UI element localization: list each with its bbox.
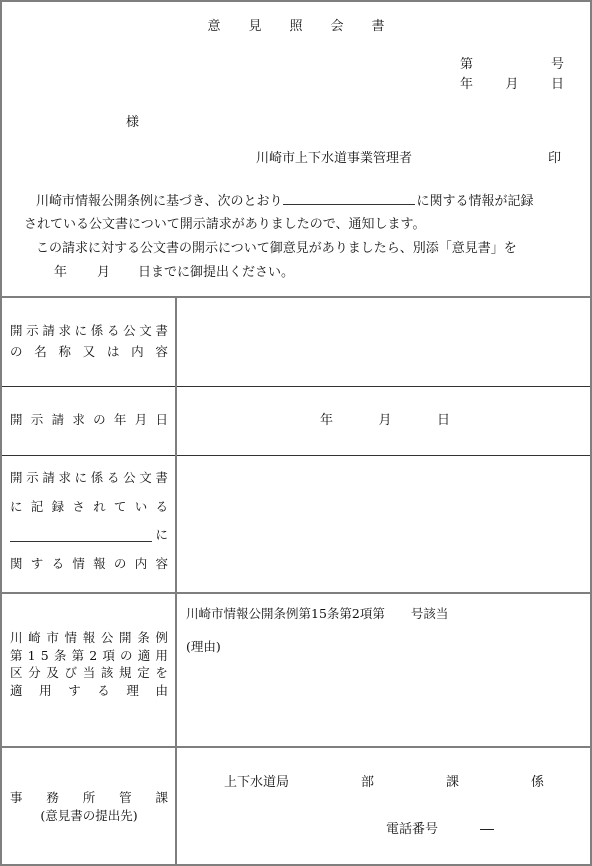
label-char: 日 xyxy=(155,414,168,427)
label-char: 開 xyxy=(10,325,23,338)
phone-dash xyxy=(480,829,494,830)
label-char: 項 xyxy=(102,650,115,663)
label-char: 係 xyxy=(91,325,104,338)
label-char: 求 xyxy=(72,414,85,427)
paragraph2-line1: この請求に対する公文書の開示について御意見がありましたら、別添「意見書」を xyxy=(36,242,517,255)
text: 川崎市情報公開条例に基づき、次のとおり xyxy=(36,194,282,209)
label-char: の xyxy=(114,558,127,571)
label-char: 規 xyxy=(119,667,132,680)
exemption-article[interactable]: 川崎市情報公開条例第15条第2項第号該当 xyxy=(186,608,448,621)
paragraph1-line2: されている公文書について開示請求がありましたので、通知します。 xyxy=(24,218,425,231)
label-char: に xyxy=(10,501,23,514)
date-day: 日 xyxy=(551,78,564,91)
label-char: 該 xyxy=(101,667,114,680)
label-char: 理 xyxy=(126,685,139,698)
number-prefix: 第 xyxy=(460,58,473,71)
value-exemption-reason[interactable] xyxy=(177,662,590,746)
label-char: る xyxy=(97,685,110,698)
label-char: に xyxy=(155,529,168,542)
label-char: 請 xyxy=(42,325,55,338)
label-char: 定 xyxy=(137,667,150,680)
deadline-month: 月 xyxy=(97,265,110,280)
label-char: 開 xyxy=(10,414,23,427)
office-phone[interactable]: 電話番号 xyxy=(386,823,494,836)
label-responsible-office: 事務所管課 (意見書の提出先) xyxy=(10,792,168,822)
label-char: る xyxy=(107,472,120,485)
department: 部 xyxy=(361,776,374,789)
label-char: 録 xyxy=(52,501,65,514)
request-day: 日 xyxy=(437,414,450,427)
label-char: て xyxy=(114,501,127,514)
label-char: 示 xyxy=(31,414,44,427)
request-year: 年 xyxy=(320,414,333,427)
title-char: 見 xyxy=(248,20,261,33)
label-char: 書 xyxy=(155,325,168,338)
label-char: 関 xyxy=(10,558,23,571)
label-char: 適 xyxy=(138,650,151,663)
label-char: 課 xyxy=(155,792,168,805)
label-char: 及 xyxy=(46,667,59,680)
office-organization[interactable]: 上下水道局 部 課 係 xyxy=(224,776,544,789)
phone-label: 電話番号 xyxy=(386,822,438,837)
label-char: 公 xyxy=(123,325,136,338)
label-char: 事 xyxy=(10,792,23,805)
label-char: 管 xyxy=(119,792,132,805)
label-char: 市 xyxy=(46,632,59,645)
value-request-date[interactable]: 年 月 日 xyxy=(320,414,450,427)
label-char: 記 xyxy=(31,501,44,514)
label-char: 公 xyxy=(123,472,136,485)
label-char: 用 xyxy=(155,650,168,663)
title-char: 会 xyxy=(331,20,344,33)
label-char: 容 xyxy=(155,558,168,571)
label-char: 報 xyxy=(93,558,106,571)
text: に関する情報が記録 xyxy=(416,194,533,209)
addressee: 様 xyxy=(126,116,139,129)
label-char: 1 xyxy=(28,650,36,663)
value-document-name[interactable] xyxy=(177,298,590,386)
label-char: 請 xyxy=(52,414,65,427)
label-recorded-info: 開示請求に係る公文書 に記録されている に 関する情報の内容 xyxy=(10,472,168,570)
subsection: 係 xyxy=(531,776,544,789)
label-char: の xyxy=(120,650,133,663)
row-divider xyxy=(2,386,590,387)
label-char: 5 xyxy=(41,650,49,663)
label-char: は xyxy=(107,346,120,359)
label-char: 報 xyxy=(83,632,96,645)
label-char: 文 xyxy=(139,472,152,485)
label-char: 条 xyxy=(54,650,67,663)
label-char: 例 xyxy=(155,632,168,645)
label-char: 容 xyxy=(155,346,168,359)
label-char: に xyxy=(75,325,88,338)
paragraph2-line2: 年月日までに御提出ください。 xyxy=(54,266,294,279)
document-title: 意見照会書 xyxy=(0,20,592,33)
label-char: 開 xyxy=(119,632,132,645)
label-char: 内 xyxy=(135,558,148,571)
label-request-date: 開示請求の年月日 xyxy=(10,414,168,427)
label-char: 開 xyxy=(10,472,23,485)
label-sub: (意見書の提出先) xyxy=(10,810,168,823)
label-char: る xyxy=(107,325,120,338)
label-char: 条 xyxy=(137,632,150,645)
label-char: 情 xyxy=(72,558,85,571)
label-char: る xyxy=(155,501,168,514)
label-document-name: 開示請求に係る公文書 の名称又は内容 xyxy=(10,325,168,358)
label-char: 崎 xyxy=(28,632,41,645)
label-char: 適 xyxy=(10,685,23,698)
issuer-name: 川崎市上下水道事業管理者 xyxy=(256,152,412,165)
label-char: す xyxy=(68,685,81,698)
label-char: 求 xyxy=(58,472,71,485)
label-char: 第 xyxy=(72,650,85,663)
label-char: 月 xyxy=(135,414,148,427)
label-char: 文 xyxy=(139,325,152,338)
label-char: 示 xyxy=(26,472,39,485)
deadline-year: 年 xyxy=(54,265,67,280)
label-char: 当 xyxy=(83,667,96,680)
reason-label: (理由) xyxy=(186,641,221,654)
label-char: 内 xyxy=(131,346,144,359)
title-char: 書 xyxy=(372,20,385,33)
label-char: 求 xyxy=(58,325,71,338)
label-char: 区 xyxy=(10,667,23,680)
label-char: 情 xyxy=(65,632,78,645)
label-char: 公 xyxy=(101,632,114,645)
article-prefix: 川崎市情報公開条例第15条第2項第 xyxy=(186,606,385,621)
label-exemption-reason: 川崎市情報公開条例 第15条第2項の適用 区分及び当該規定を 適用する理由 xyxy=(10,632,168,697)
label-char: す xyxy=(31,558,44,571)
blank-underline xyxy=(10,530,152,542)
bureau: 上下水道局 xyxy=(224,776,289,789)
label-char: れ xyxy=(93,501,106,514)
label-char: 年 xyxy=(114,414,127,427)
article-suffix: 号該当 xyxy=(411,606,449,621)
section: 課 xyxy=(446,776,459,789)
label-char: び xyxy=(65,667,78,680)
label-char: 務 xyxy=(46,792,59,805)
deadline-rest: 日までに御提出ください。 xyxy=(138,265,294,280)
label-char: 称 xyxy=(58,346,71,359)
date-month: 月 xyxy=(505,78,518,91)
value-recorded-info[interactable] xyxy=(177,456,590,592)
label-char: 又 xyxy=(83,346,96,359)
request-month: 月 xyxy=(378,414,391,427)
label-char: さ xyxy=(72,501,85,514)
label-char: 第 xyxy=(10,650,23,663)
title-char: 意 xyxy=(207,20,220,33)
label-char: 由 xyxy=(155,685,168,698)
number-suffix: 号 xyxy=(551,58,564,71)
document-date: 年 月 日 xyxy=(460,78,564,91)
label-char: 用 xyxy=(39,685,52,698)
row-divider xyxy=(2,592,590,594)
document-number: 第 号 xyxy=(460,58,564,71)
label-char: る xyxy=(52,558,65,571)
date-year: 年 xyxy=(460,78,473,91)
label-char: 所 xyxy=(83,792,96,805)
label-char: の xyxy=(10,346,23,359)
label-char: 請 xyxy=(42,472,55,485)
title-char: 照 xyxy=(289,20,302,33)
label-char: を xyxy=(155,667,168,680)
label-char: の xyxy=(93,414,106,427)
label-char: 書 xyxy=(155,472,168,485)
seal-mark: 印 xyxy=(548,152,561,165)
label-char: 2 xyxy=(89,650,97,663)
blank-underline xyxy=(283,193,415,205)
label-char: 示 xyxy=(26,325,39,338)
label-char: に xyxy=(75,472,88,485)
row-divider xyxy=(2,746,590,748)
label-char: 分 xyxy=(28,667,41,680)
label-char: 名 xyxy=(34,346,47,359)
paragraph1-line1: 川崎市情報公開条例に基づき、次のとおりに関する情報が記録 xyxy=(36,193,534,208)
label-char: 係 xyxy=(91,472,104,485)
label-char: い xyxy=(135,501,148,514)
label-char: 川 xyxy=(10,632,23,645)
